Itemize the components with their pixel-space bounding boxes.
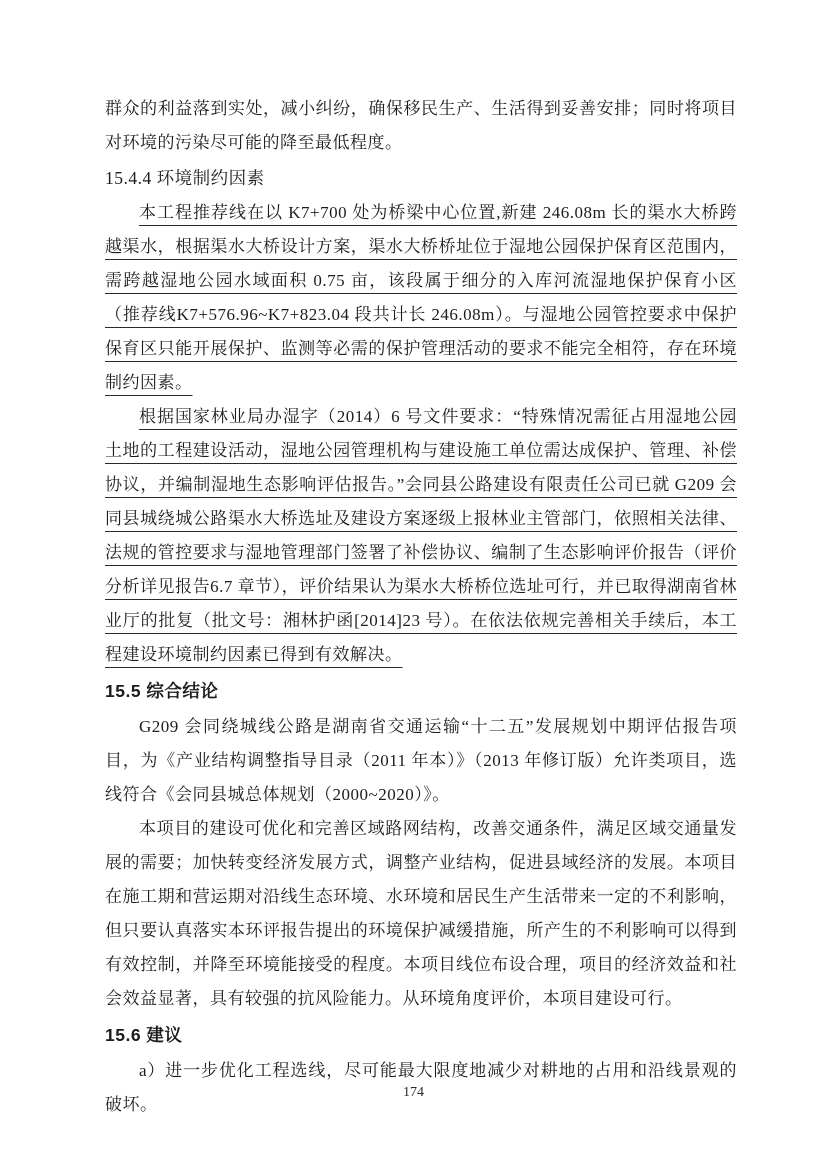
document-page: 群众的利益落到实处，减小纠纷，确保移民生产、生活得到妥善安排；同时将项目对环境的… bbox=[0, 0, 827, 1169]
page-footer: 174 bbox=[0, 1085, 827, 1101]
paragraph-planning-compliance: G209 会同绕城线公路是湖南省交通运输“十二五”发展规划中期评估报告项目，为《… bbox=[105, 710, 737, 812]
paragraph-continuation: 群众的利益落到实处，减小纠纷，确保移民生产、生活得到妥善安排；同时将项目对环境的… bbox=[105, 92, 737, 160]
heading-15-6-suggestions: 15.6 建议 bbox=[105, 1016, 737, 1054]
page-number: 174 bbox=[403, 1085, 424, 1100]
document-body: 群众的利益落到实处，减小纠纷，确保移民生产、生活得到妥善安排；同时将项目对环境的… bbox=[105, 92, 737, 1122]
paragraph-bridge-location: 本工程推荐线在以 K7+700 处为桥梁中心位置,新建 246.08m 长的渠水… bbox=[105, 196, 737, 400]
heading-15-5-overall-conclusion: 15.5 综合结论 bbox=[105, 672, 737, 710]
paragraph-wetland-approval: 根据国家林业局办湿字（2014）6 号文件要求：“特殊情况需征占用湿地公园土地的… bbox=[105, 400, 737, 672]
paragraph-overall-conclusion: 本项目的建设可优化和完善区域路网结构，改善交通条件，满足区域交通量发展的需要；加… bbox=[105, 812, 737, 1016]
heading-15-4-4-environmental-constraints: 15.4.4 环境制约因素 bbox=[105, 160, 737, 196]
